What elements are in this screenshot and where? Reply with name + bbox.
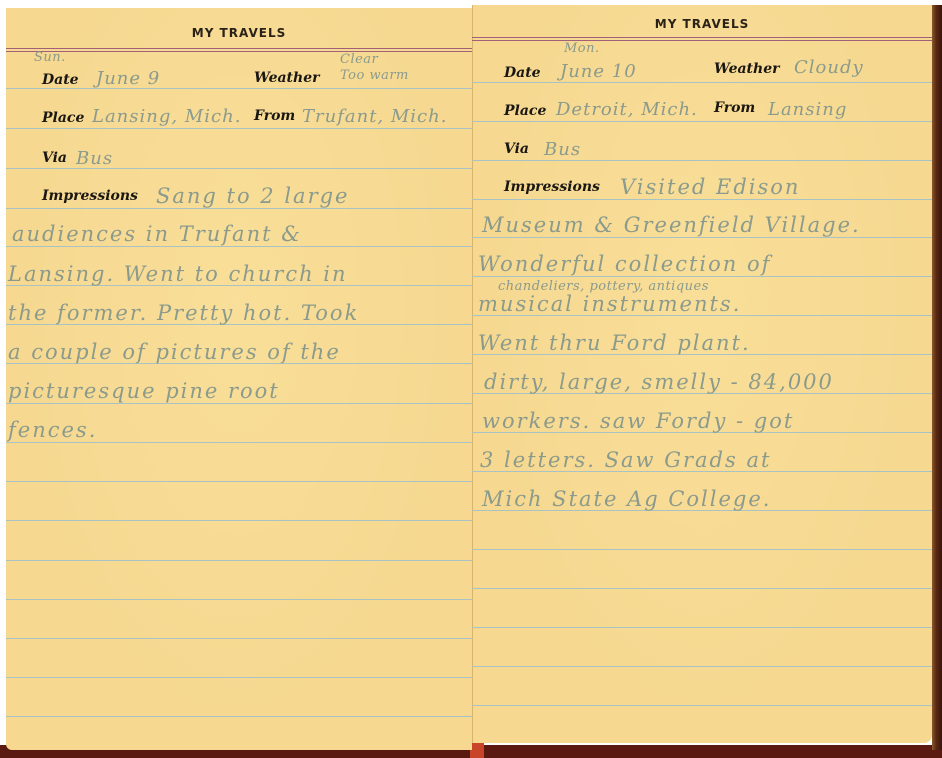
impressions-line: a couple of pictures of the	[8, 340, 341, 364]
date-entry: June 9	[96, 68, 160, 89]
rule-line	[6, 208, 472, 209]
rule-line	[6, 128, 472, 129]
rule-line	[6, 442, 472, 443]
date-label: Date	[42, 72, 79, 88]
rule-line	[472, 705, 932, 706]
header-double-rule	[472, 37, 932, 41]
impressions-line: the former. Pretty hot. Took	[8, 301, 359, 325]
day-entry: Mon.	[564, 41, 600, 56]
rule-line	[472, 549, 932, 550]
impressions-line: Mich State Ag College.	[482, 487, 771, 511]
impressions-line: picturesque pine root	[8, 379, 280, 403]
via-entry: Bus	[544, 139, 581, 160]
rule-line	[6, 403, 472, 404]
weather-label: Weather	[714, 61, 780, 77]
impressions-line: Wonderful collection of	[478, 252, 771, 276]
rule-line	[472, 276, 932, 277]
place-entry: Lansing, Mich.	[92, 106, 241, 127]
rule-line	[6, 599, 472, 600]
rule-line	[472, 237, 932, 238]
from-label: From	[254, 108, 295, 124]
rule-line	[6, 481, 472, 482]
impressions-line: Sang to 2 large	[156, 184, 350, 208]
place-label: Place	[42, 110, 84, 126]
from-entry: Trufant, Mich.	[302, 106, 447, 127]
weather-entry: Cloudy	[794, 57, 864, 78]
via-entry: Bus	[76, 148, 113, 169]
rule-line	[6, 677, 472, 678]
impressions-line: Lansing. Went to church in	[8, 262, 348, 286]
weather-entry: Clear	[340, 52, 378, 67]
left-page: MY TRAVELS Sun. Date June 9 Weather Clea…	[6, 8, 472, 750]
rule-line	[472, 121, 932, 122]
from-entry: Lansing	[768, 99, 847, 120]
via-label: Via	[42, 150, 67, 166]
rule-line	[472, 160, 932, 161]
impressions-line: audiences in Trufant &	[12, 222, 302, 246]
rule-line	[6, 716, 472, 717]
rule-line	[6, 560, 472, 561]
impressions-line: musical instruments.	[478, 292, 741, 316]
place-entry: Detroit, Mich.	[556, 99, 698, 120]
impressions-label: Impressions	[504, 179, 600, 195]
via-label: Via	[504, 141, 529, 157]
impressions-line: Visited Edison	[620, 175, 800, 199]
rule-line	[6, 638, 472, 639]
rule-line	[6, 246, 472, 247]
rule-line	[472, 199, 932, 200]
rule-line	[6, 520, 472, 521]
date-entry: June 10	[560, 61, 637, 82]
impressions-line: Went thru Ford plant.	[478, 331, 751, 355]
cover-edge	[932, 5, 942, 750]
right-page: MY TRAVELS Mon. Date June 10 Weather Clo…	[472, 5, 932, 743]
impressions-line: workers. saw Fordy - got	[482, 409, 794, 433]
rule-line	[472, 82, 932, 83]
page-header: MY TRAVELS	[472, 17, 932, 31]
day-entry: Sun.	[34, 50, 66, 65]
place-label: Place	[504, 103, 546, 119]
rule-line	[6, 88, 472, 89]
bookmark-ribbon	[470, 742, 484, 758]
from-label: From	[714, 100, 755, 116]
date-label: Date	[504, 65, 541, 81]
impressions-line: dirty, large, smelly - 84,000	[484, 370, 834, 394]
impressions-line: fences.	[8, 418, 97, 442]
rule-line	[472, 627, 932, 628]
impressions-line: 3 letters. Saw Grads at	[480, 448, 771, 472]
rule-line	[472, 666, 932, 667]
impressions-label: Impressions	[42, 188, 138, 204]
header-double-rule	[6, 48, 472, 52]
page-header: MY TRAVELS	[6, 26, 472, 40]
rule-line	[472, 588, 932, 589]
weather-label: Weather	[254, 70, 320, 86]
weather-entry-2: Too warm	[340, 68, 409, 83]
impressions-line: Museum & Greenfield Village.	[482, 213, 861, 237]
